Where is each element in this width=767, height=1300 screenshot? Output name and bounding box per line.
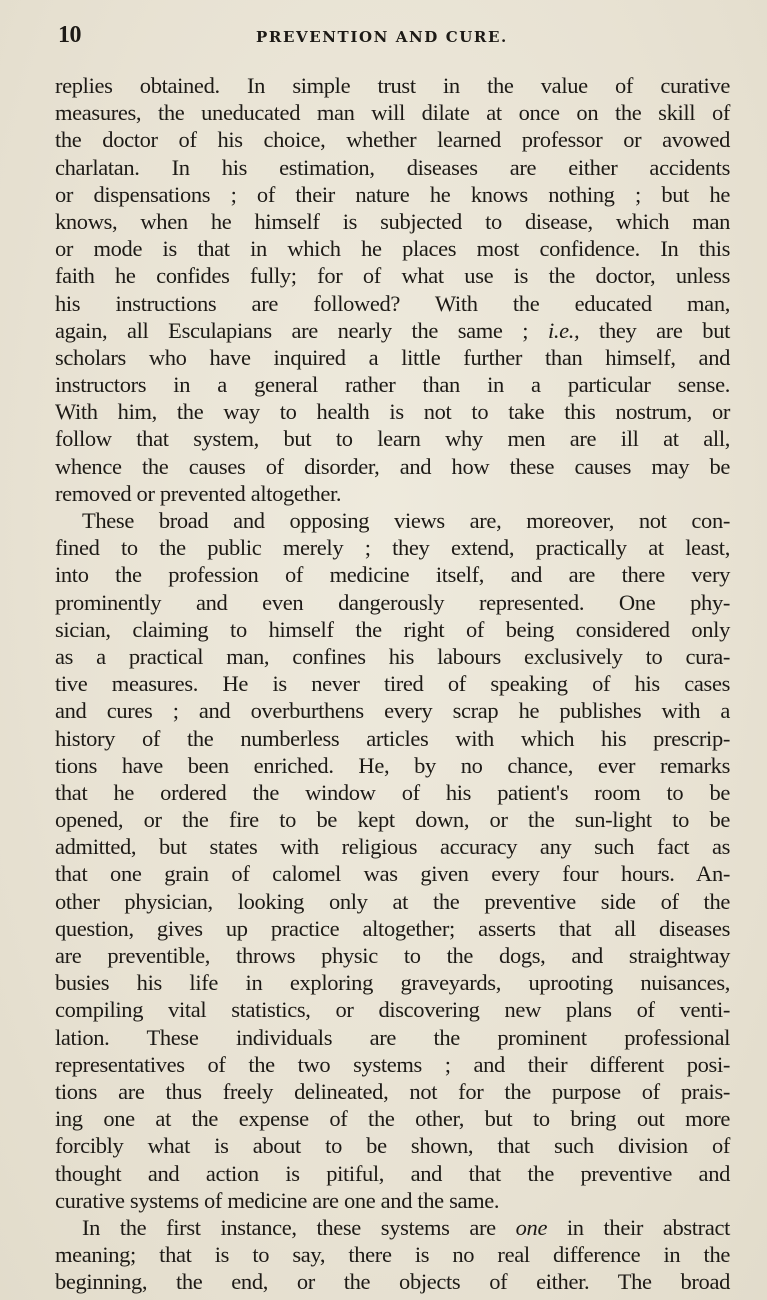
italic-abbreviation: i.e., (548, 318, 579, 343)
text-line: instructors in a general rather than in … (55, 371, 730, 398)
text-fragment: again, all Esculapians are nearly the sa… (55, 318, 548, 343)
text-line: busies his life in exploring graveyards,… (55, 969, 730, 996)
paragraph-1: replies obtained. In simple trust in the… (55, 72, 730, 507)
text-line-with-italic-abbrev: again, all Esculapians are nearly the sa… (55, 317, 730, 344)
text-line: scholars who have inquired a little furt… (55, 344, 730, 371)
text-line: question, gives up practice altogether; … (55, 915, 730, 942)
text-line: With him, the way to health is not to ta… (55, 398, 730, 425)
text-line: or mode is that in which he places most … (55, 235, 730, 262)
text-line: follow that system, but to learn why men… (55, 425, 730, 452)
text-line: replies obtained. In simple trust in the… (55, 72, 730, 99)
text-fragment: they are but (579, 318, 730, 343)
text-line: that one grain of calomel was given ever… (55, 860, 730, 887)
text-line: knows, when he himself is subjected to d… (55, 208, 730, 235)
text-line: prominently and even dangerously represe… (55, 589, 730, 616)
text-line: into the profession of medicine itself, … (55, 561, 730, 588)
text-line: beginning, the end, or the objects of ei… (55, 1268, 730, 1295)
text-line: opened, or the fire to be kept down, or … (55, 806, 730, 833)
text-line: as a practical man, confines his labours… (55, 643, 730, 670)
text-line: whence the causes of disorder, and how t… (55, 453, 730, 480)
text-line: the doctor of his choice, whether learne… (55, 126, 730, 153)
text-line: tions have been enriched. He, by no chan… (55, 752, 730, 779)
text-line: measures, the uneducated man will dilate… (55, 99, 730, 126)
text-line: history of the numberless articles with … (55, 725, 730, 752)
text-line: ing one at the expense of the other, but… (55, 1105, 730, 1132)
text-fragment: In the first instance, these systems are (82, 1215, 516, 1240)
text-line: sician, claiming to himself the right of… (55, 616, 730, 643)
paragraph-3: In the first instance, these systems are… (55, 1214, 730, 1296)
text-line: that he ordered the window of his patien… (55, 779, 730, 806)
running-title: PREVENTION AND CURE. (256, 20, 508, 54)
text-line: fined to the public merely ; they extend… (55, 534, 730, 561)
running-head: 10 PREVENTION AND CURE. (58, 18, 730, 52)
text-line: tions are thus freely delineated, not fo… (55, 1078, 730, 1105)
text-line: lation. These individuals are the promin… (55, 1024, 730, 1051)
text-line: charlatan. In his estimation, diseases a… (55, 154, 730, 181)
text-line: removed or prevented altogether. (55, 480, 730, 507)
text-line: thought and action is pitiful, and that … (55, 1160, 730, 1187)
body-text: replies obtained. In simple trust in the… (55, 72, 730, 1295)
text-line: meaning; that is to say, there is no rea… (55, 1241, 730, 1268)
paragraph-2: These broad and opposing views are, more… (55, 507, 730, 1214)
text-line: admitted, but states with religious accu… (55, 833, 730, 860)
text-line: These broad and opposing views are, more… (55, 507, 730, 534)
italic-emphasis: one (516, 1215, 547, 1240)
text-line: and cures ; and overburthens every scrap… (55, 697, 730, 724)
text-line: compiling vital statistics, or discoveri… (55, 996, 730, 1023)
page-number: 10 (58, 18, 81, 52)
text-fragment: in their abstract (547, 1215, 730, 1240)
text-line: representatives of the two systems ; and… (55, 1051, 730, 1078)
text-line: other physician, looking only at the pre… (55, 888, 730, 915)
text-line: are preventible, throws physic to the do… (55, 942, 730, 969)
text-line: curative systems of medicine are one and… (55, 1187, 730, 1214)
text-line-with-italic-word: In the first instance, these systems are… (55, 1214, 730, 1241)
text-line: tive measures. He is never tired of spea… (55, 670, 730, 697)
text-line: his instructions are followed? With the … (55, 290, 730, 317)
book-page: 10 PREVENTION AND CURE. replies obtained… (0, 0, 767, 1300)
text-line: forcibly what is about to be shown, that… (55, 1132, 730, 1159)
text-line: or dispensations ; of their nature he kn… (55, 181, 730, 208)
text-line: faith he confides fully; for of what use… (55, 262, 730, 289)
